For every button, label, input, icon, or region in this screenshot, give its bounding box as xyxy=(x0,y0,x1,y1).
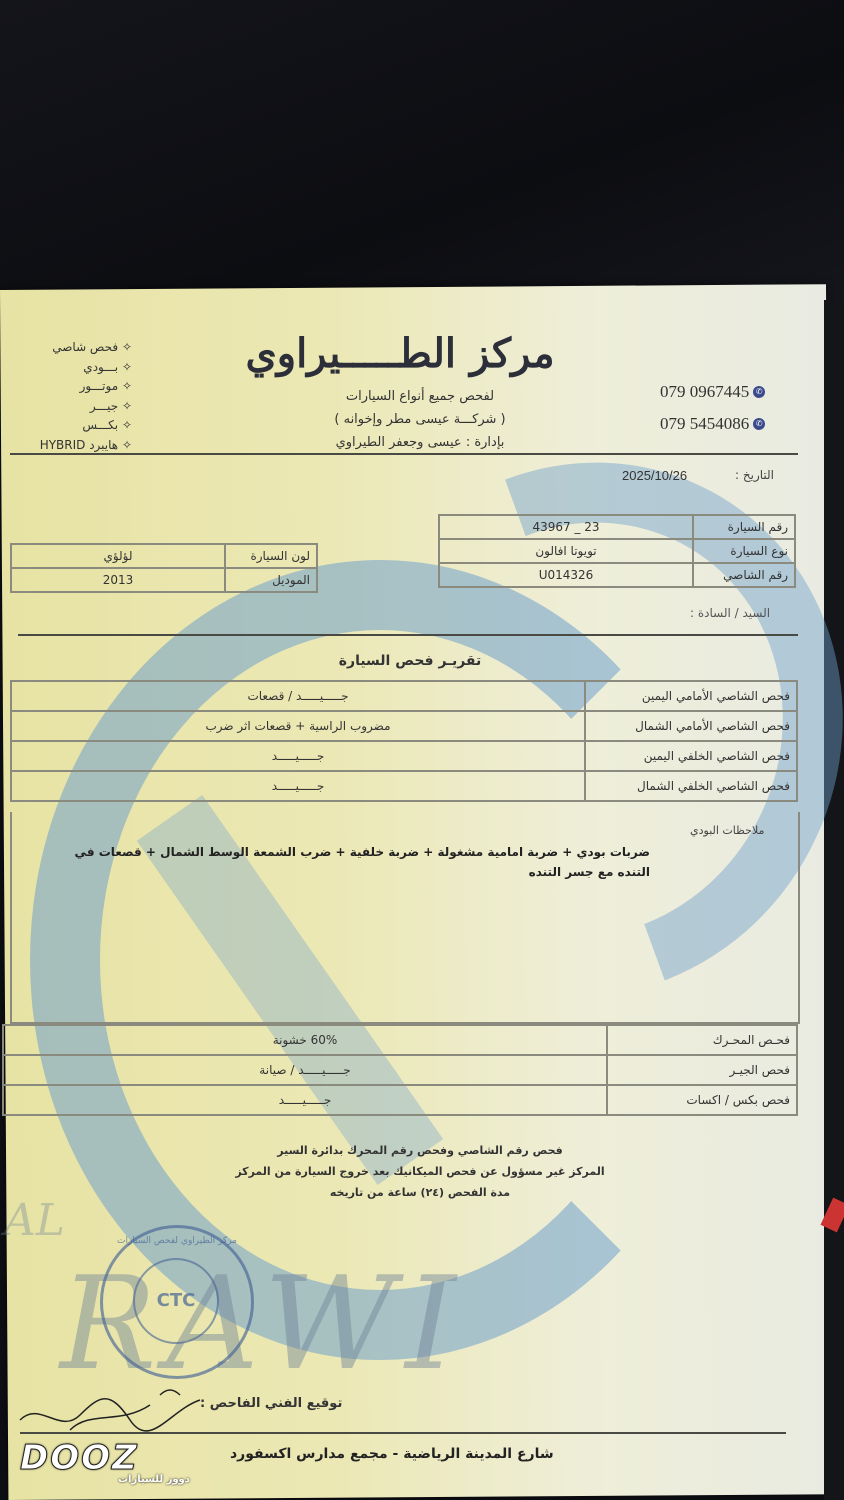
table-row: لؤلؤي لون السيارة xyxy=(11,544,317,568)
service-item: ✧ موتـــور xyxy=(22,377,132,397)
vehicle-info-table: 23 _ 43967 رقم السيارة تويوتا افالون نوع… xyxy=(438,514,796,588)
table-row: مضروب الراسية + قصعات اثر ضرب فحص الشاصي… xyxy=(11,711,797,741)
gearbox-check-label: فحص الجيـر xyxy=(607,1055,797,1085)
dooz-logo: DOOZ دووز للسيارات xyxy=(20,1438,190,1488)
check-result: جـــــيـــــد / قصعات xyxy=(11,681,585,711)
subtitle-line: بإدارة : عيسى وجعفر الطيراوي xyxy=(250,431,590,454)
subtitle-line: لفحص جميع أنواع السيارات xyxy=(250,385,590,408)
diamond-bullet-icon: ✧ xyxy=(118,418,132,432)
gearbox-check-result: جـــــيـــــد / صيانة xyxy=(3,1055,607,1085)
service-item: ✧ بكـــس xyxy=(22,416,132,436)
diamond-bullet-icon: ✧ xyxy=(118,340,132,354)
table-row: 60% خشونة فحـص المحـرك xyxy=(3,1025,797,1055)
chassis-number-label: رقم الشاصي xyxy=(693,563,795,587)
disclaimer-line: مدة الفحص (٢٤) ساعة من تاريخه xyxy=(200,1182,640,1203)
check-label: فحص الشاصي الخلفي الشمال xyxy=(585,771,797,801)
table-row: 23 _ 43967 رقم السيارة xyxy=(439,515,795,539)
date-label: التاريخ : xyxy=(735,468,774,482)
report-title: تقريـر فحص السيارة xyxy=(300,653,520,669)
official-stamp: مركز الطيراوي لفحص السيارات CTC xyxy=(100,1225,254,1379)
car-color-label: لون السيارة xyxy=(225,544,317,568)
disclaimer-line: المركز غير مسؤول عن فحص الميكانيك بعد خر… xyxy=(200,1161,640,1182)
check-label: فحص الشاصي الخلفي اليمين xyxy=(585,741,797,771)
table-row: جـــــيـــــد فحص الشاصي الخلفي اليمين xyxy=(11,741,797,771)
diamond-bullet-icon: ✧ xyxy=(118,379,132,393)
signature-scribble-icon xyxy=(10,1380,210,1440)
service-item: ✧ جيـــر xyxy=(22,397,132,417)
table-row: جـــــيـــــد فحص بكس / اكسات xyxy=(3,1085,797,1115)
diamond-bullet-icon: ✧ xyxy=(118,360,132,374)
date-value: 2025/10/26 xyxy=(622,468,687,483)
disclaimers: فحص رقم الشاصي وفحص رقم المحرك بدائرة ال… xyxy=(200,1140,640,1203)
axle-check-label: فحص بكس / اكسات xyxy=(607,1085,797,1115)
phone-circle-icon: ✆ xyxy=(753,386,765,398)
chassis-number-value: U014326 xyxy=(439,563,693,587)
signature-label: توقيع الفني الفاحص : xyxy=(200,1396,342,1411)
stamp-logo: CTC xyxy=(133,1258,219,1344)
check-result: مضروب الراسية + قصعات اثر ضرب xyxy=(11,711,585,741)
phone-circle-icon: ✆ xyxy=(753,418,765,430)
center-subtitle: لفحص جميع أنواع السيارات ( شركـــة عيسى … xyxy=(250,385,590,454)
body-notes-text: ضربات بودي + ضربة امامية مشغولة + ضربة خ… xyxy=(50,842,650,882)
mechanical-checks-table: 60% خشونة فحـص المحـرك جـــــيـــــد / ص… xyxy=(2,1024,798,1116)
check-result: جـــــيـــــد xyxy=(11,771,585,801)
check-label: فحص الشاصي الأمامي اليمين xyxy=(585,681,797,711)
phone-entry: 079 0967445✆ xyxy=(660,376,800,408)
body-notes-label: ملاحظات البودي xyxy=(690,824,764,837)
table-row: 2013 الموديل xyxy=(11,568,317,592)
service-item: ✧ بـــودي xyxy=(22,358,132,378)
paper-shadow-edge xyxy=(824,300,844,1500)
table-row: U014326 رقم الشاصي xyxy=(439,563,795,587)
engine-check-result: 60% خشونة xyxy=(3,1025,607,1055)
plate-number-label: رقم السيارة xyxy=(693,515,795,539)
subtitle-line: ( شركـــة عيسى مطر وإخوانه ) xyxy=(250,408,590,431)
chassis-checks-table: جـــــيـــــد / قصعات فحص الشاصي الأمامي… xyxy=(10,680,798,802)
diamond-bullet-icon: ✧ xyxy=(118,438,132,452)
table-row: جـــــيـــــد فحص الشاصي الخلفي الشمال xyxy=(11,771,797,801)
model-year-label: الموديل xyxy=(225,568,317,592)
car-type-label: نوع السيارة xyxy=(693,539,795,563)
table-row: تويوتا افالون نوع السيارة xyxy=(439,539,795,563)
recipient-line xyxy=(18,634,798,636)
disclaimer-line: فحص رقم الشاصي وفحص رقم المحرك بدائرة ال… xyxy=(200,1140,640,1161)
address-footer: شارع المدينة الرياضية - مجمع مدارس اكسفو… xyxy=(230,1446,554,1462)
logo-wordmark: DOOZ xyxy=(20,1438,190,1478)
table-row: جـــــيـــــد / صيانة فحص الجيـر xyxy=(3,1055,797,1085)
signature-line xyxy=(20,1432,786,1434)
car-type-value: تويوتا افالون xyxy=(439,539,693,563)
logo-subtitle: دووز للسيارات xyxy=(118,1474,190,1485)
car-color-value: لؤلؤي xyxy=(11,544,225,568)
diamond-bullet-icon: ✧ xyxy=(118,399,132,413)
services-list: ✧ فحص شاصي ✧ بـــودي ✧ موتـــور ✧ جيـــر… xyxy=(22,338,132,455)
dark-background xyxy=(0,0,844,310)
stamp-ring-text: مركز الطيراوي لفحص السيارات xyxy=(103,1236,251,1246)
service-item: ✧ فحص شاصي xyxy=(22,338,132,358)
table-row: جـــــيـــــد / قصعات فحص الشاصي الأمامي… xyxy=(11,681,797,711)
check-result: جـــــيـــــد xyxy=(11,741,585,771)
check-label: فحص الشاصي الأمامي الشمال xyxy=(585,711,797,741)
axle-check-result: جـــــيـــــد xyxy=(3,1085,607,1115)
phone-entry: 079 5454086✆ xyxy=(660,408,800,440)
vehicle-color-model-table: لؤلؤي لون السيارة 2013 الموديل xyxy=(10,543,318,593)
model-year-value: 2013 xyxy=(11,568,225,592)
phone-numbers: 079 0967445✆ 079 5454086✆ xyxy=(660,376,800,440)
header-divider xyxy=(10,453,798,455)
center-name-title: مركز الطـــــيراوي xyxy=(180,330,620,377)
engine-check-label: فحـص المحـرك xyxy=(607,1025,797,1055)
recipient-label: السيد / السادة : xyxy=(690,606,770,620)
plate-number-value: 23 _ 43967 xyxy=(439,515,693,539)
